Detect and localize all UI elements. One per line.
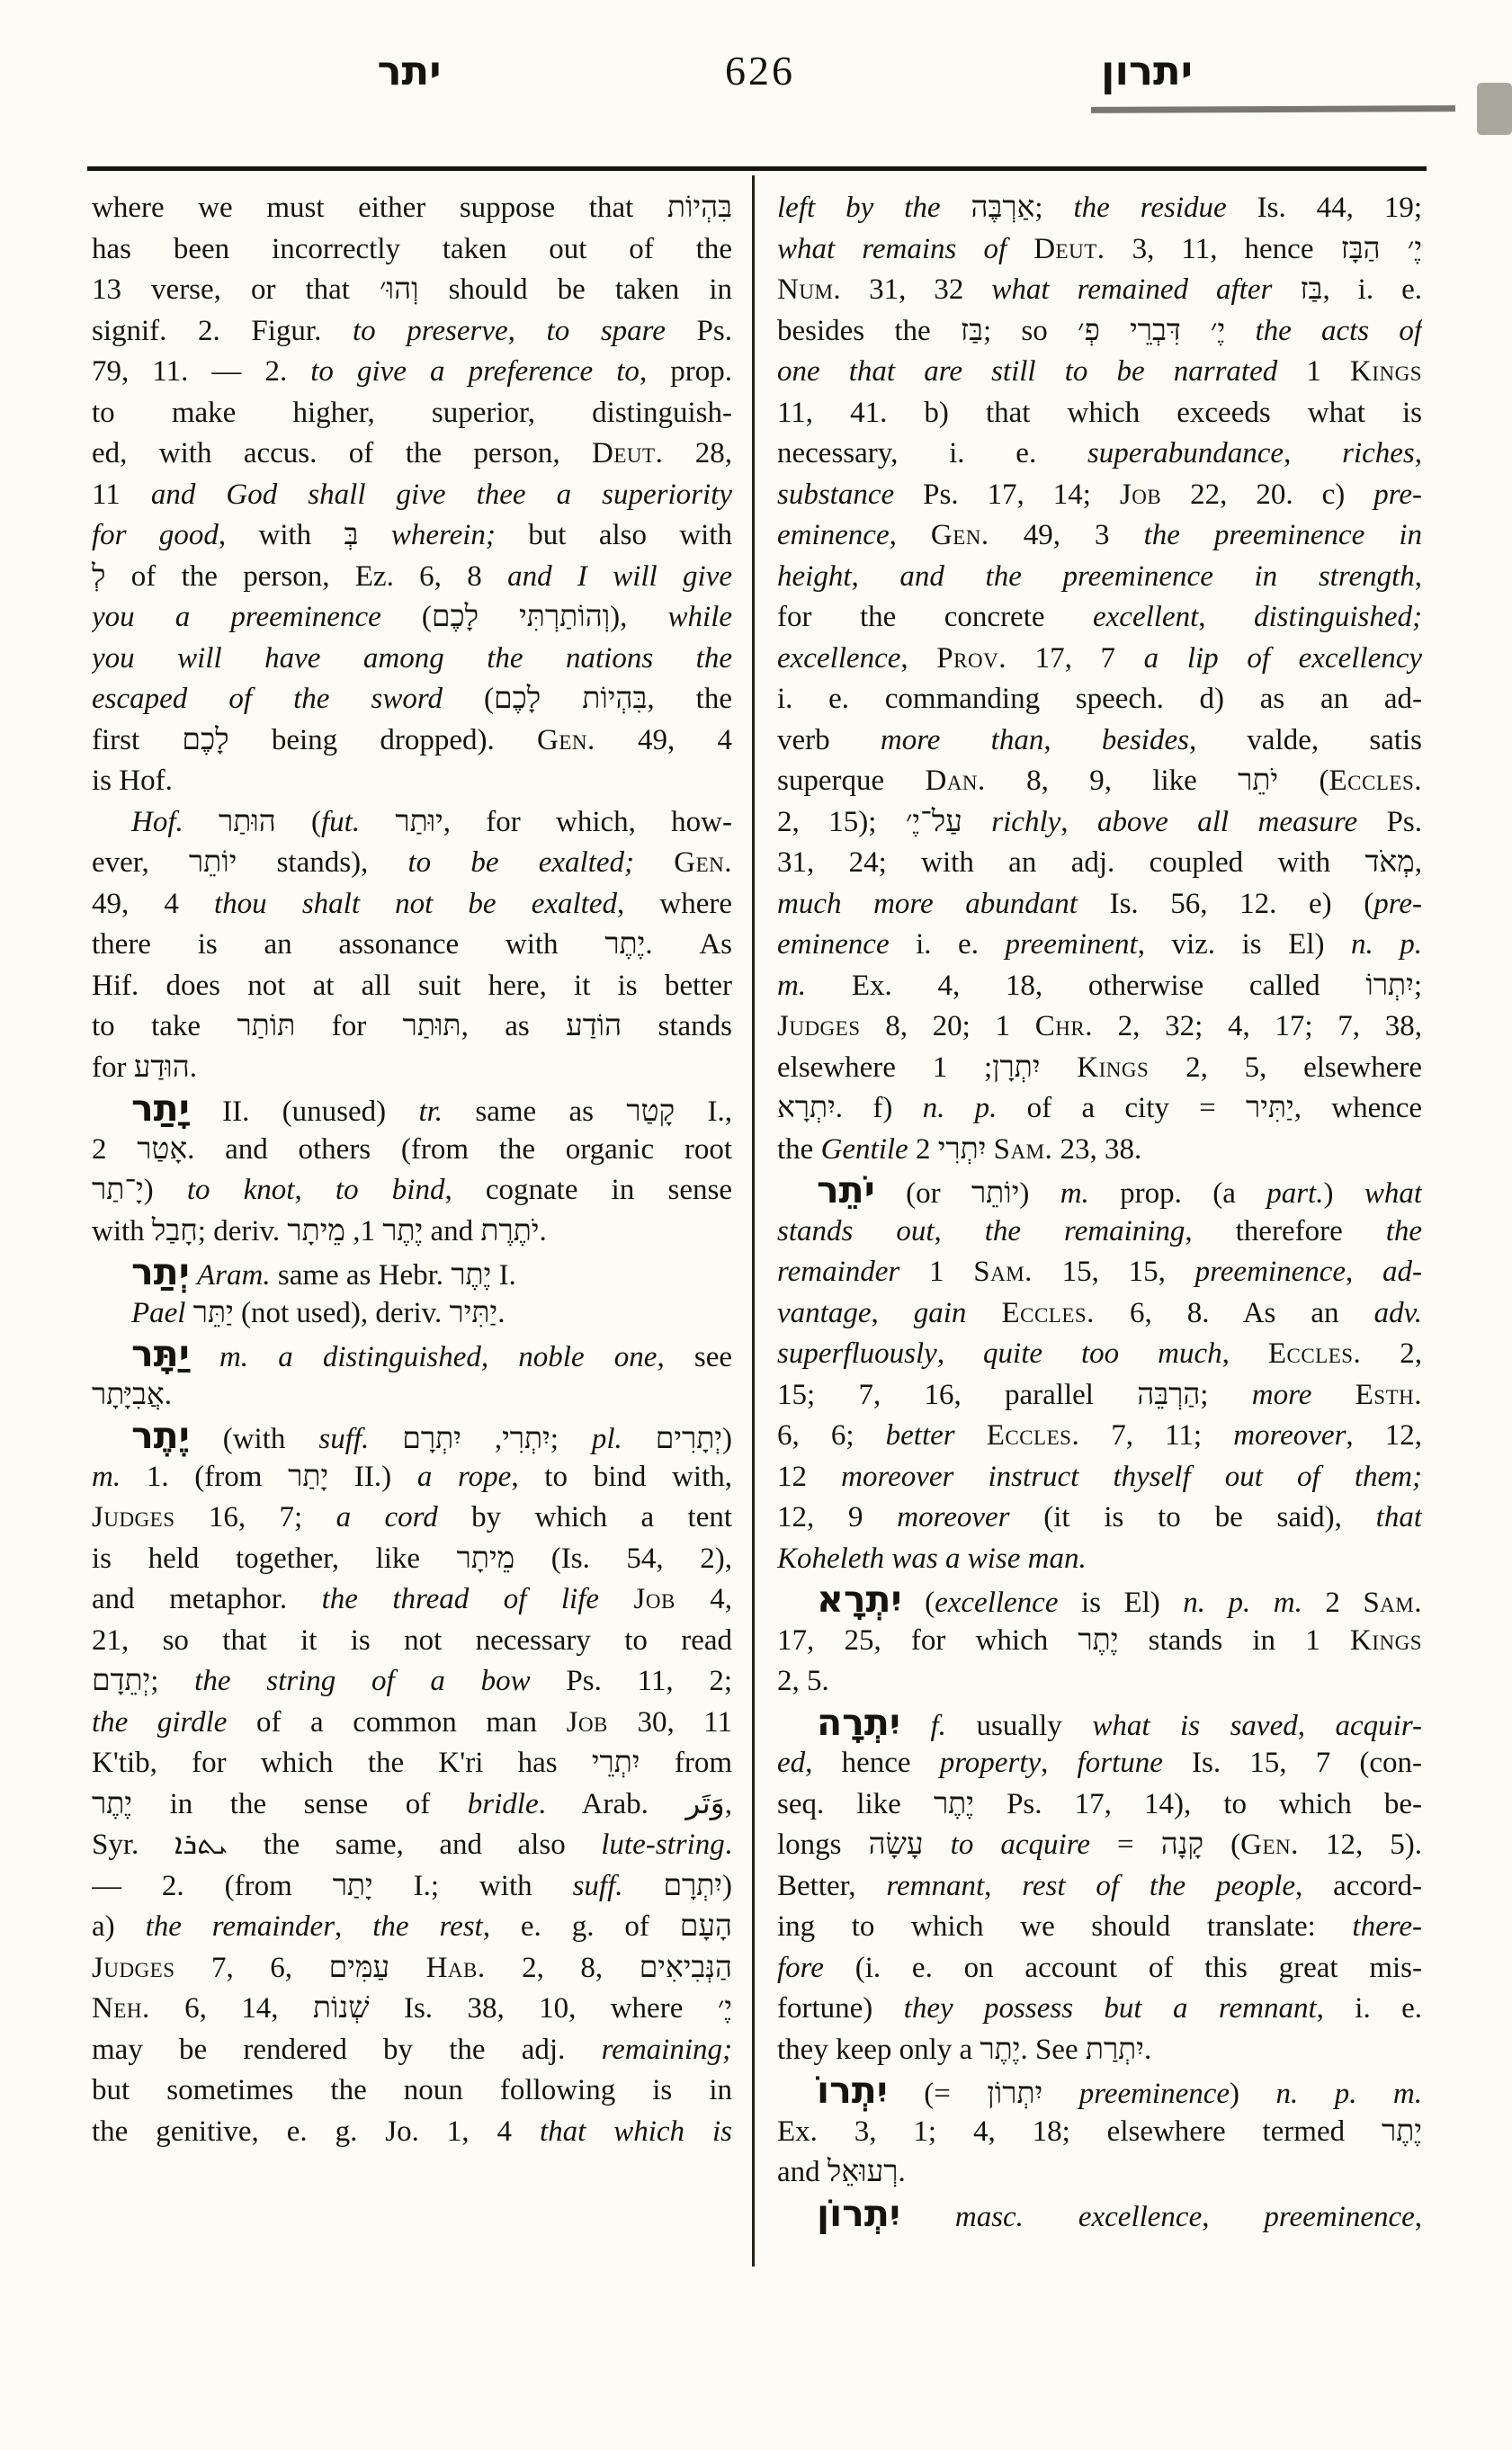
text-line: stands out, the remaining, therefore the <box>777 1212 1422 1253</box>
text-line: to make higher, superior, distinguish- <box>92 393 732 434</box>
italic-gloss: to acquire <box>951 1829 1090 1861</box>
text-line: remainder 1 Sam. 15, 15, preeminence, ad… <box>777 1252 1422 1293</box>
text-line: Num. 31, 32 what remained after בַּז, i.… <box>777 270 1422 311</box>
text-line: יִתְרָא (excellence is El) n. p. m. 2 Sa… <box>777 1579 1422 1621</box>
scripture-reference: Gen. <box>537 724 595 756</box>
text-line: first לָכֶם being dropped). Gen. 49, 4 <box>92 720 732 762</box>
italic-gloss: to give a preference to <box>310 355 640 388</box>
scripture-reference: Job <box>567 1706 608 1739</box>
italic-gloss: what <box>1364 1177 1422 1210</box>
text-line: Better, remnant, rest of the people, acc… <box>777 1866 1422 1908</box>
italic-gloss: preeminence <box>1079 2078 1230 2110</box>
italic-gloss: the acts of <box>1255 315 1422 347</box>
text-line: there is an assonance with יֶתֶר. As <box>92 925 732 966</box>
italic-gloss: ad- <box>1382 1256 1422 1288</box>
scripture-reference: Eccles. <box>987 1419 1079 1452</box>
text-line: is Hof. <box>92 761 732 802</box>
right-column: left by the אַרְבֶּה; the residue Is. 44… <box>777 188 1422 2234</box>
italic-gloss: the rest <box>372 1910 483 1943</box>
page-number: 626 <box>621 47 899 94</box>
italic-gloss: excellence <box>777 642 900 675</box>
text-line: with חָבַל; deriv. יֶתֶר 1, מֵיתָר and י… <box>92 1212 732 1253</box>
italic-gloss: the girdle <box>92 1706 227 1739</box>
italic-gloss: to knot <box>187 1174 295 1206</box>
scripture-reference: Eccles. <box>1001 1297 1094 1329</box>
italic-gloss: the residue <box>1074 192 1227 224</box>
italic-gloss: part. <box>1266 1177 1323 1210</box>
italic-gloss: Koheleth was a wise man. <box>777 1542 1087 1575</box>
italic-gloss: acquir- <box>1336 1710 1422 1742</box>
text-line: ing to which we should translate: there- <box>777 1907 1422 1948</box>
entry-paragraph: יֶתֶר (with suff. יִתְרִי, יִתְרָם; pl. … <box>92 1416 732 2152</box>
text-line: Koheleth was a wise man. <box>777 1539 1422 1580</box>
text-line: signif. 2. Figur. to preserve, to spare … <box>92 311 732 353</box>
italic-gloss: above all measure <box>1097 806 1357 838</box>
italic-gloss: f. <box>930 1710 945 1742</box>
text-line: יֶתֶר in the sense of bridle. Arab. وَتَ… <box>92 1784 732 1826</box>
italic-gloss: what remains of <box>777 233 1007 265</box>
text-line: may be rendered by the adj. remaining; <box>92 2030 732 2071</box>
column-divider <box>752 175 755 2267</box>
text-line: 2, 15); עַל־יֶ׳ richly, above all measur… <box>777 802 1422 844</box>
entry-paragraph: יֹתֵר (or יוֹתֵר) m. prop. (a part.) wha… <box>777 1170 1422 1579</box>
italic-gloss: while <box>668 601 732 633</box>
text-line: אָטַר 2. and others (from the organic ro… <box>92 1130 732 1171</box>
italic-gloss: gain <box>914 1297 967 1329</box>
italic-gloss: there- <box>1352 1910 1422 1943</box>
italic-gloss: they possess but a remnant <box>904 1992 1317 2025</box>
text-line: escaped of the sword (בִּהְיוֹת לָכֶם, t… <box>92 679 732 720</box>
text-line: יְתַר Aram. same as Hebr. יֶתֶר I. <box>92 1252 732 1293</box>
text-line: vantage, gain Eccles. 6, 8. As an adv. <box>777 1293 1422 1335</box>
italic-gloss: much more abundant <box>777 888 1078 920</box>
entry-paragraph: יָתַר II. (unused) tr. same as קָטַר I.,… <box>92 1088 732 1252</box>
text-line: besides the בַּז; so יֶ׳ דִּבְרֵי פְ׳ th… <box>777 311 1422 353</box>
hebrew-headword: יָתַר <box>131 1088 190 1130</box>
text-line: a) the remainder, the rest, e. g. of הָע… <box>92 1907 732 1948</box>
text-line: m. Ex. 4, 18, otherwise called יִתְרוֹ; <box>777 966 1422 1007</box>
italic-gloss: to bind <box>336 1174 445 1206</box>
text-line: height, and the preeminence in strength, <box>777 557 1422 598</box>
italic-gloss: height <box>777 560 851 593</box>
italic-gloss: fut. <box>321 806 360 838</box>
italic-gloss: riches <box>1342 437 1415 469</box>
text-line: they keep only a יֶתֶר. See יִתְרַת. <box>777 2030 1422 2071</box>
italic-gloss: what remained after <box>991 273 1272 306</box>
scripture-reference: Deut. <box>1033 233 1105 265</box>
scripture-reference: Kings <box>1350 1624 1422 1657</box>
header-catchword-right: יתרון <box>1003 47 1291 94</box>
scripture-reference: Job <box>634 1583 675 1615</box>
italic-gloss: the <box>1386 1215 1422 1247</box>
scan-artifact-blot <box>1477 83 1512 135</box>
text-line: Pael יַתֵּר (not used), deriv. יַתִּיר. <box>92 1293 732 1335</box>
italic-gloss: moreover instruct thyself out of them; <box>841 1461 1422 1493</box>
italic-gloss: Gentile <box>821 1133 908 1166</box>
italic-gloss: quite too much <box>983 1337 1222 1370</box>
italic-gloss: masc. excellence <box>955 2201 1202 2233</box>
text-line: necessary, i. e. superabundance, riches, <box>777 434 1422 475</box>
entry-paragraph: left by the אַרְבֶּה; the residue Is. 44… <box>777 188 1422 1170</box>
italic-gloss: moreover <box>897 1501 1009 1533</box>
scripture-reference: Job <box>1120 478 1161 511</box>
scripture-reference: Judges <box>92 1501 175 1533</box>
text-line: Neh. 6, 14, שְׁנוֹת Is. 38, 10, where יֶ… <box>92 1989 732 2030</box>
scripture-reference: Chr. <box>1035 1010 1093 1042</box>
entry-paragraph: Pael יַתֵּר (not used), deriv. יַתִּיר. <box>92 1293 732 1335</box>
entry-paragraph: Hof. הוּתַר (fut. יוּתַר, for which, how… <box>92 802 732 1089</box>
entry-paragraph: יִתְרוֹ (= יִתְרוֹן preeminence) n. p. m… <box>777 2070 1422 2194</box>
text-line: the Gentile יִתְרִי 2 Sam. 23, 38. <box>777 1130 1422 1171</box>
hebrew-headword: יַתָּר <box>131 1334 190 1375</box>
italic-gloss: and the preeminence in strength <box>899 560 1414 593</box>
text-line: יֶתֶר (with suff. יִתְרִי, יִתְרָם; pl. … <box>92 1416 732 1457</box>
italic-gloss: besides <box>1102 724 1189 756</box>
italic-gloss: n. p. m. <box>1183 1587 1302 1619</box>
text-line: Judges 7, 6, עַמִּים Hab. 2, 8, הַנְּבִי… <box>92 1948 732 1990</box>
italic-gloss: more than <box>881 724 1043 756</box>
text-line: but sometimes the noun following is in <box>92 2070 732 2112</box>
text-line: where we must either suppose that בִּהְי… <box>92 188 732 229</box>
text-line: יֹתֵר (or יוֹתֵר) m. prop. (a part.) wha… <box>777 1170 1422 1212</box>
italic-gloss: to be exalted; <box>408 846 635 879</box>
italic-gloss: superabundance <box>1087 437 1284 469</box>
italic-gloss: Hof. <box>131 806 183 838</box>
text-line: superfluously, quite too much, Eccles. 2… <box>777 1334 1422 1375</box>
text-line: יִתְרוֹ (= יִתְרוֹן preeminence) n. p. m… <box>777 2070 1422 2112</box>
italic-gloss: one that are still to be narrated <box>777 355 1277 388</box>
text-line: 12, 9 moreover (it is to be said), that <box>777 1498 1422 1539</box>
text-line: what remains of Deut. 3, 11, hence יֶ׳ ה… <box>777 229 1422 271</box>
italic-gloss: fore <box>777 1952 824 1984</box>
italic-gloss: m. <box>777 970 806 1002</box>
italic-gloss: to preserve, to spare <box>353 315 666 347</box>
text-line: eminence, Gen. 49, 3 the preeminence in <box>777 515 1422 557</box>
italic-gloss: adv. <box>1374 1297 1422 1329</box>
text-line: excellence, Prov. 17, 7 a lip of excelle… <box>777 639 1422 680</box>
text-line: you a preeminence (וְהוֹתַרְתִּי לָכֶם),… <box>92 597 732 639</box>
scripture-reference: Gen. <box>931 519 989 551</box>
italic-gloss: pl. <box>592 1423 622 1455</box>
text-line: the girdle of a common man Job 30, 11 <box>92 1703 732 1744</box>
scripture-reference: Hab. <box>426 1952 486 1984</box>
scripture-reference: Eccles. <box>1329 765 1422 797</box>
text-line: ed, with accus. of the person, Deut. 28, <box>92 434 732 475</box>
scan-artifact-streak <box>1091 105 1455 113</box>
scripture-reference: Eccles. <box>1268 1337 1361 1370</box>
text-line: K'tib, for which the K'ri has יִתְרֵי fr… <box>92 1743 732 1784</box>
text-line: 21, so that it is not necessary to read <box>92 1621 732 1662</box>
italic-gloss: suff. <box>573 1870 623 1902</box>
italic-gloss: remaining; <box>602 2034 732 2066</box>
text-line: 15; 7, 16, parallel הַרְבֵּה; more Esth. <box>777 1375 1422 1417</box>
italic-gloss: you will have among the nations the <box>92 642 732 675</box>
italic-gloss: a lip of excellency <box>1144 642 1422 675</box>
italic-gloss: a cord <box>336 1501 438 1533</box>
left-column: where we must either suppose that בִּהְי… <box>92 188 732 2152</box>
italic-gloss: Aram. <box>197 1259 271 1292</box>
text-line: 6, 6; better Eccles. 7, 11; moreover, 12… <box>777 1416 1422 1457</box>
text-line: one that are still to be narrated 1 King… <box>777 352 1422 393</box>
italic-gloss: m. a distinguished, noble one <box>219 1341 658 1373</box>
text-line: יְתֵדָם; the string of a bow Ps. 11, 2; <box>92 1661 732 1703</box>
running-head: יתר 626 יתרון <box>0 47 1512 112</box>
text-line: יִתְרוֹן masc. excellence, preeminence, <box>777 2194 1422 2235</box>
italic-gloss: a rope <box>417 1461 512 1493</box>
text-line: to take תּוֹתַר for תּוּתַר, as הוֹדַע s… <box>92 1006 732 1048</box>
italic-gloss: n. p. <box>1351 928 1422 961</box>
italic-gloss: what is saved <box>1092 1710 1297 1742</box>
text-line: fore (i. e. on account of this great mis… <box>777 1948 1422 1990</box>
italic-gloss: preeminent <box>1005 928 1137 961</box>
entry-paragraph: יִתְרָה f. usually what is saved, acquir… <box>777 1703 1422 2071</box>
text-line: Ex. 3, 1; 4, 18; elsewhere termed יֶתֶר <box>777 2112 1422 2153</box>
italic-gloss: eminence <box>777 928 890 961</box>
scripture-reference: Num. <box>777 273 841 306</box>
italic-gloss: the remaining <box>985 1215 1185 1247</box>
italic-gloss: remainder <box>777 1256 899 1288</box>
text-line: has been incorrectly taken out of the <box>92 229 732 271</box>
italic-gloss: suff. <box>318 1423 369 1455</box>
text-line: the genitive, e. g. Jo. 1, 4 that which … <box>92 2112 732 2153</box>
italic-gloss: richly <box>991 806 1060 838</box>
italic-gloss: ed <box>777 1747 805 1779</box>
text-line: for the concrete excellent, distinguishe… <box>777 597 1422 639</box>
text-line: superque Dan. 8, 9, like יֹתֵר (Eccles. <box>777 761 1422 802</box>
scripture-reference: Gen. <box>1240 1829 1299 1861</box>
text-line: eminence i. e. preeminent, viz. is El) n… <box>777 925 1422 966</box>
hebrew-headword: יִתְרוֹן <box>817 2194 900 2235</box>
scripture-reference: Dan. <box>925 765 985 797</box>
text-line: for הוּדַע. <box>92 1048 732 1089</box>
italic-gloss: you a preeminence <box>92 601 381 633</box>
scanned-lexicon-page: יתר 626 יתרון where we must either suppo… <box>0 0 1512 2450</box>
italic-gloss: property <box>940 1747 1041 1779</box>
italic-gloss: rest of the people <box>1022 1870 1295 1902</box>
italic-gloss: wherein; <box>391 519 496 551</box>
italic-gloss: preeminence <box>1264 2201 1414 2233</box>
scripture-reference: Esth. <box>1355 1379 1422 1411</box>
text-line: יִתְרָה f. usually what is saved, acquir… <box>777 1703 1422 1744</box>
italic-gloss: thou shalt not be exalted <box>214 888 617 920</box>
italic-gloss: escaped of the sword <box>92 683 443 715</box>
hebrew-headword: יִתְרָא <box>817 1579 902 1621</box>
text-line: and metaphor. the thread of life Job 4, <box>92 1579 732 1621</box>
text-line: 11 and God shall give thee a superiority <box>92 475 732 516</box>
scripture-reference: Sam. <box>994 1133 1053 1166</box>
hebrew-headword: יִתְרוֹ <box>817 2070 888 2112</box>
text-line: i. e. commanding speech. d) as an ad- <box>777 679 1422 720</box>
italic-gloss: better <box>886 1419 955 1452</box>
italic-gloss: pre- <box>1373 478 1422 511</box>
italic-gloss: pre- <box>1373 888 1422 920</box>
text-line: יַתָּר m. a distinguished, noble one, se… <box>92 1334 732 1375</box>
text-line: m. 1. (from יָתַר II.) a rope, to bind w… <box>92 1457 732 1498</box>
italic-gloss: excellent <box>1093 601 1198 633</box>
text-line: יָתַר II. (unused) tr. same as קָטַר I., <box>92 1088 732 1130</box>
text-line: fortune) they possess but a remnant, i. … <box>777 1989 1422 2030</box>
text-line: and רְעוּאֵל. <box>777 2152 1422 2194</box>
text-line: Syr. ܝܬܪܐ the same, and also lute-string… <box>92 1825 732 1866</box>
italic-gloss: n. p. m. <box>1276 2078 1423 2110</box>
scripture-reference: Neh. <box>92 1992 150 2025</box>
text-line: אֲבִיָּתָר. <box>92 1375 732 1417</box>
text-line: 11, 41. b) that which exceeds what is <box>777 393 1422 434</box>
scripture-reference: Kings <box>1350 355 1422 388</box>
header-catchword-left: יתר <box>270 47 549 94</box>
italic-gloss: distinguished; <box>1254 601 1422 633</box>
italic-gloss: fortune <box>1078 1747 1163 1779</box>
italic-gloss: m. <box>92 1461 121 1493</box>
italic-gloss: substance <box>777 478 894 511</box>
scripture-reference: Deut. <box>592 437 663 469</box>
italic-gloss: lute-string <box>601 1829 725 1861</box>
text-line: ed, hence property, fortune Is. 15, 7 (c… <box>777 1743 1422 1784</box>
text-line: for good, with בְּ wherein; but also wit… <box>92 515 732 557</box>
italic-gloss: preeminence <box>1195 1256 1346 1288</box>
header-rule <box>87 166 1427 171</box>
italic-gloss: superfluously <box>777 1337 937 1370</box>
text-line: 17, 25, for which יֶתֶר stands in 1 King… <box>777 1621 1422 1662</box>
italic-gloss: left by the <box>777 192 941 224</box>
italic-gloss: remnant <box>886 1870 984 1902</box>
hebrew-headword: יְתַר <box>131 1252 190 1293</box>
italic-gloss: eminence <box>777 519 890 551</box>
text-line: Judges 8, 20; 1 Chr. 2, 32; 4, 17; 7, 38… <box>777 1006 1422 1048</box>
text-line: longs עָשָׂה to acquire = קָנָה (Gen. 12… <box>777 1825 1422 1866</box>
text-line: — 2. (from יָתַר I.; with suff. יִתְרָם) <box>92 1866 732 1908</box>
scripture-reference: Prov. <box>936 642 1007 675</box>
text-line: verb more than, besides, valde, satis <box>777 720 1422 762</box>
italic-gloss: vantage <box>777 1297 871 1329</box>
italic-gloss: and I will give <box>507 560 732 593</box>
hebrew-headword: יֹתֵר <box>817 1170 875 1212</box>
italic-gloss: that which is <box>540 2115 732 2148</box>
text-line: Hif. does not at all suit here, it is be… <box>92 966 732 1007</box>
text-line: substance Ps. 17, 14; Job 22, 20. c) pre… <box>777 475 1422 516</box>
entry-paragraph: יִתְרוֹן masc. excellence, preeminence, <box>777 2194 1422 2235</box>
italic-gloss: tr. <box>418 1095 443 1128</box>
text-line: elsewhere יִתְרָן; 1 Kings 2, 5, elsewhe… <box>777 1048 1422 1089</box>
italic-gloss: and God shall give thee a superiority <box>151 478 732 511</box>
text-line: 49, 4 thou shalt not be exalted, where <box>92 884 732 925</box>
scripture-reference: Gen. <box>674 846 732 879</box>
text-line: 12 moreover instruct thyself out of them… <box>777 1457 1422 1498</box>
hebrew-headword: יִתְרָה <box>817 1703 900 1744</box>
scripture-reference: Kings <box>1077 1051 1149 1084</box>
italic-gloss: excellence <box>935 1587 1058 1619</box>
text-line: יָ־תַר) to knot, to bind, cognate in sen… <box>92 1170 732 1212</box>
italic-gloss: Pael <box>131 1297 185 1329</box>
entry-paragraph: יִתְרָא (excellence is El) n. p. m. 2 Sa… <box>777 1579 1422 1703</box>
text-line: יִתְרָא. f) n. p. of a city = יַתִּיר, w… <box>777 1088 1422 1130</box>
italic-gloss: that <box>1376 1501 1422 1533</box>
text-line: 2, 5. <box>777 1661 1422 1703</box>
text-line: ever, יוֹתֵר stands), to be exalted; Gen… <box>92 843 732 884</box>
scripture-reference: Judges <box>777 1010 861 1042</box>
text-line: לְ of the person, Ez. 6, 8 and I will gi… <box>92 557 732 598</box>
italic-gloss: stands out <box>777 1215 934 1247</box>
italic-gloss: the string of a bow <box>194 1665 530 1697</box>
text-line: 31, 24; with an adj. coupled with מְאֹד, <box>777 843 1422 884</box>
text-line: left by the אַרְבֶּה; the residue Is. 44… <box>777 188 1422 229</box>
italic-gloss: m. <box>1060 1177 1089 1210</box>
italic-gloss: moreover <box>1233 1419 1346 1452</box>
text-line: 79, 11. — 2. to give a preference to, pr… <box>92 352 732 393</box>
scripture-reference: Judges <box>92 1952 175 1984</box>
text-line: is held together, like מֵיתָר (Is. 54, 2… <box>92 1539 732 1580</box>
text-line: 13 verse, or that וְהוּ׳ should be taken… <box>92 270 732 311</box>
italic-gloss: the preeminence in <box>1144 519 1422 551</box>
text-line: Hof. הוּתַר (fut. יוּתַר, for which, how… <box>92 802 732 844</box>
italic-gloss: the thread of life <box>322 1583 599 1615</box>
entry-paragraph: יְתַר Aram. same as Hebr. יֶתֶר I. <box>92 1252 732 1293</box>
hebrew-headword: יֶתֶר <box>131 1416 190 1457</box>
text-line: Judges 16, 7; a cord by which a tent <box>92 1498 732 1539</box>
entry-paragraph: where we must either suppose that בִּהְי… <box>92 188 732 802</box>
italic-gloss: n. p. <box>923 1092 998 1124</box>
entry-paragraph: יַתָּר m. a distinguished, noble one, se… <box>92 1334 732 1416</box>
text-line: you will have among the nations the <box>92 639 732 680</box>
italic-gloss: the remainder <box>146 1910 335 1943</box>
scripture-reference: Sam. <box>973 1256 1033 1288</box>
italic-gloss: for good <box>92 519 219 551</box>
italic-gloss: more <box>1252 1379 1312 1411</box>
scripture-reference: Sam. <box>1363 1587 1422 1619</box>
text-line: seq. like יֶתֶר Ps. 17, 14), to which be… <box>777 1784 1422 1826</box>
italic-gloss: bridle <box>468 1788 539 1820</box>
text-line: much more abundant Is. 56, 12. e) (pre- <box>777 884 1422 925</box>
